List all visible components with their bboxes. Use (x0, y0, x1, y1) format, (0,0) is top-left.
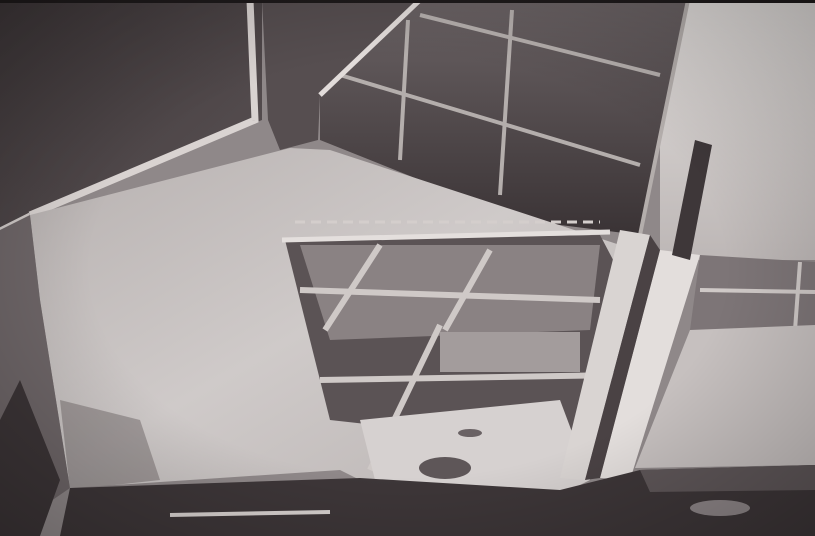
aircraft-wreckage-photo (0, 0, 815, 536)
round-access-hole (419, 457, 471, 479)
inner-panel (440, 332, 580, 372)
